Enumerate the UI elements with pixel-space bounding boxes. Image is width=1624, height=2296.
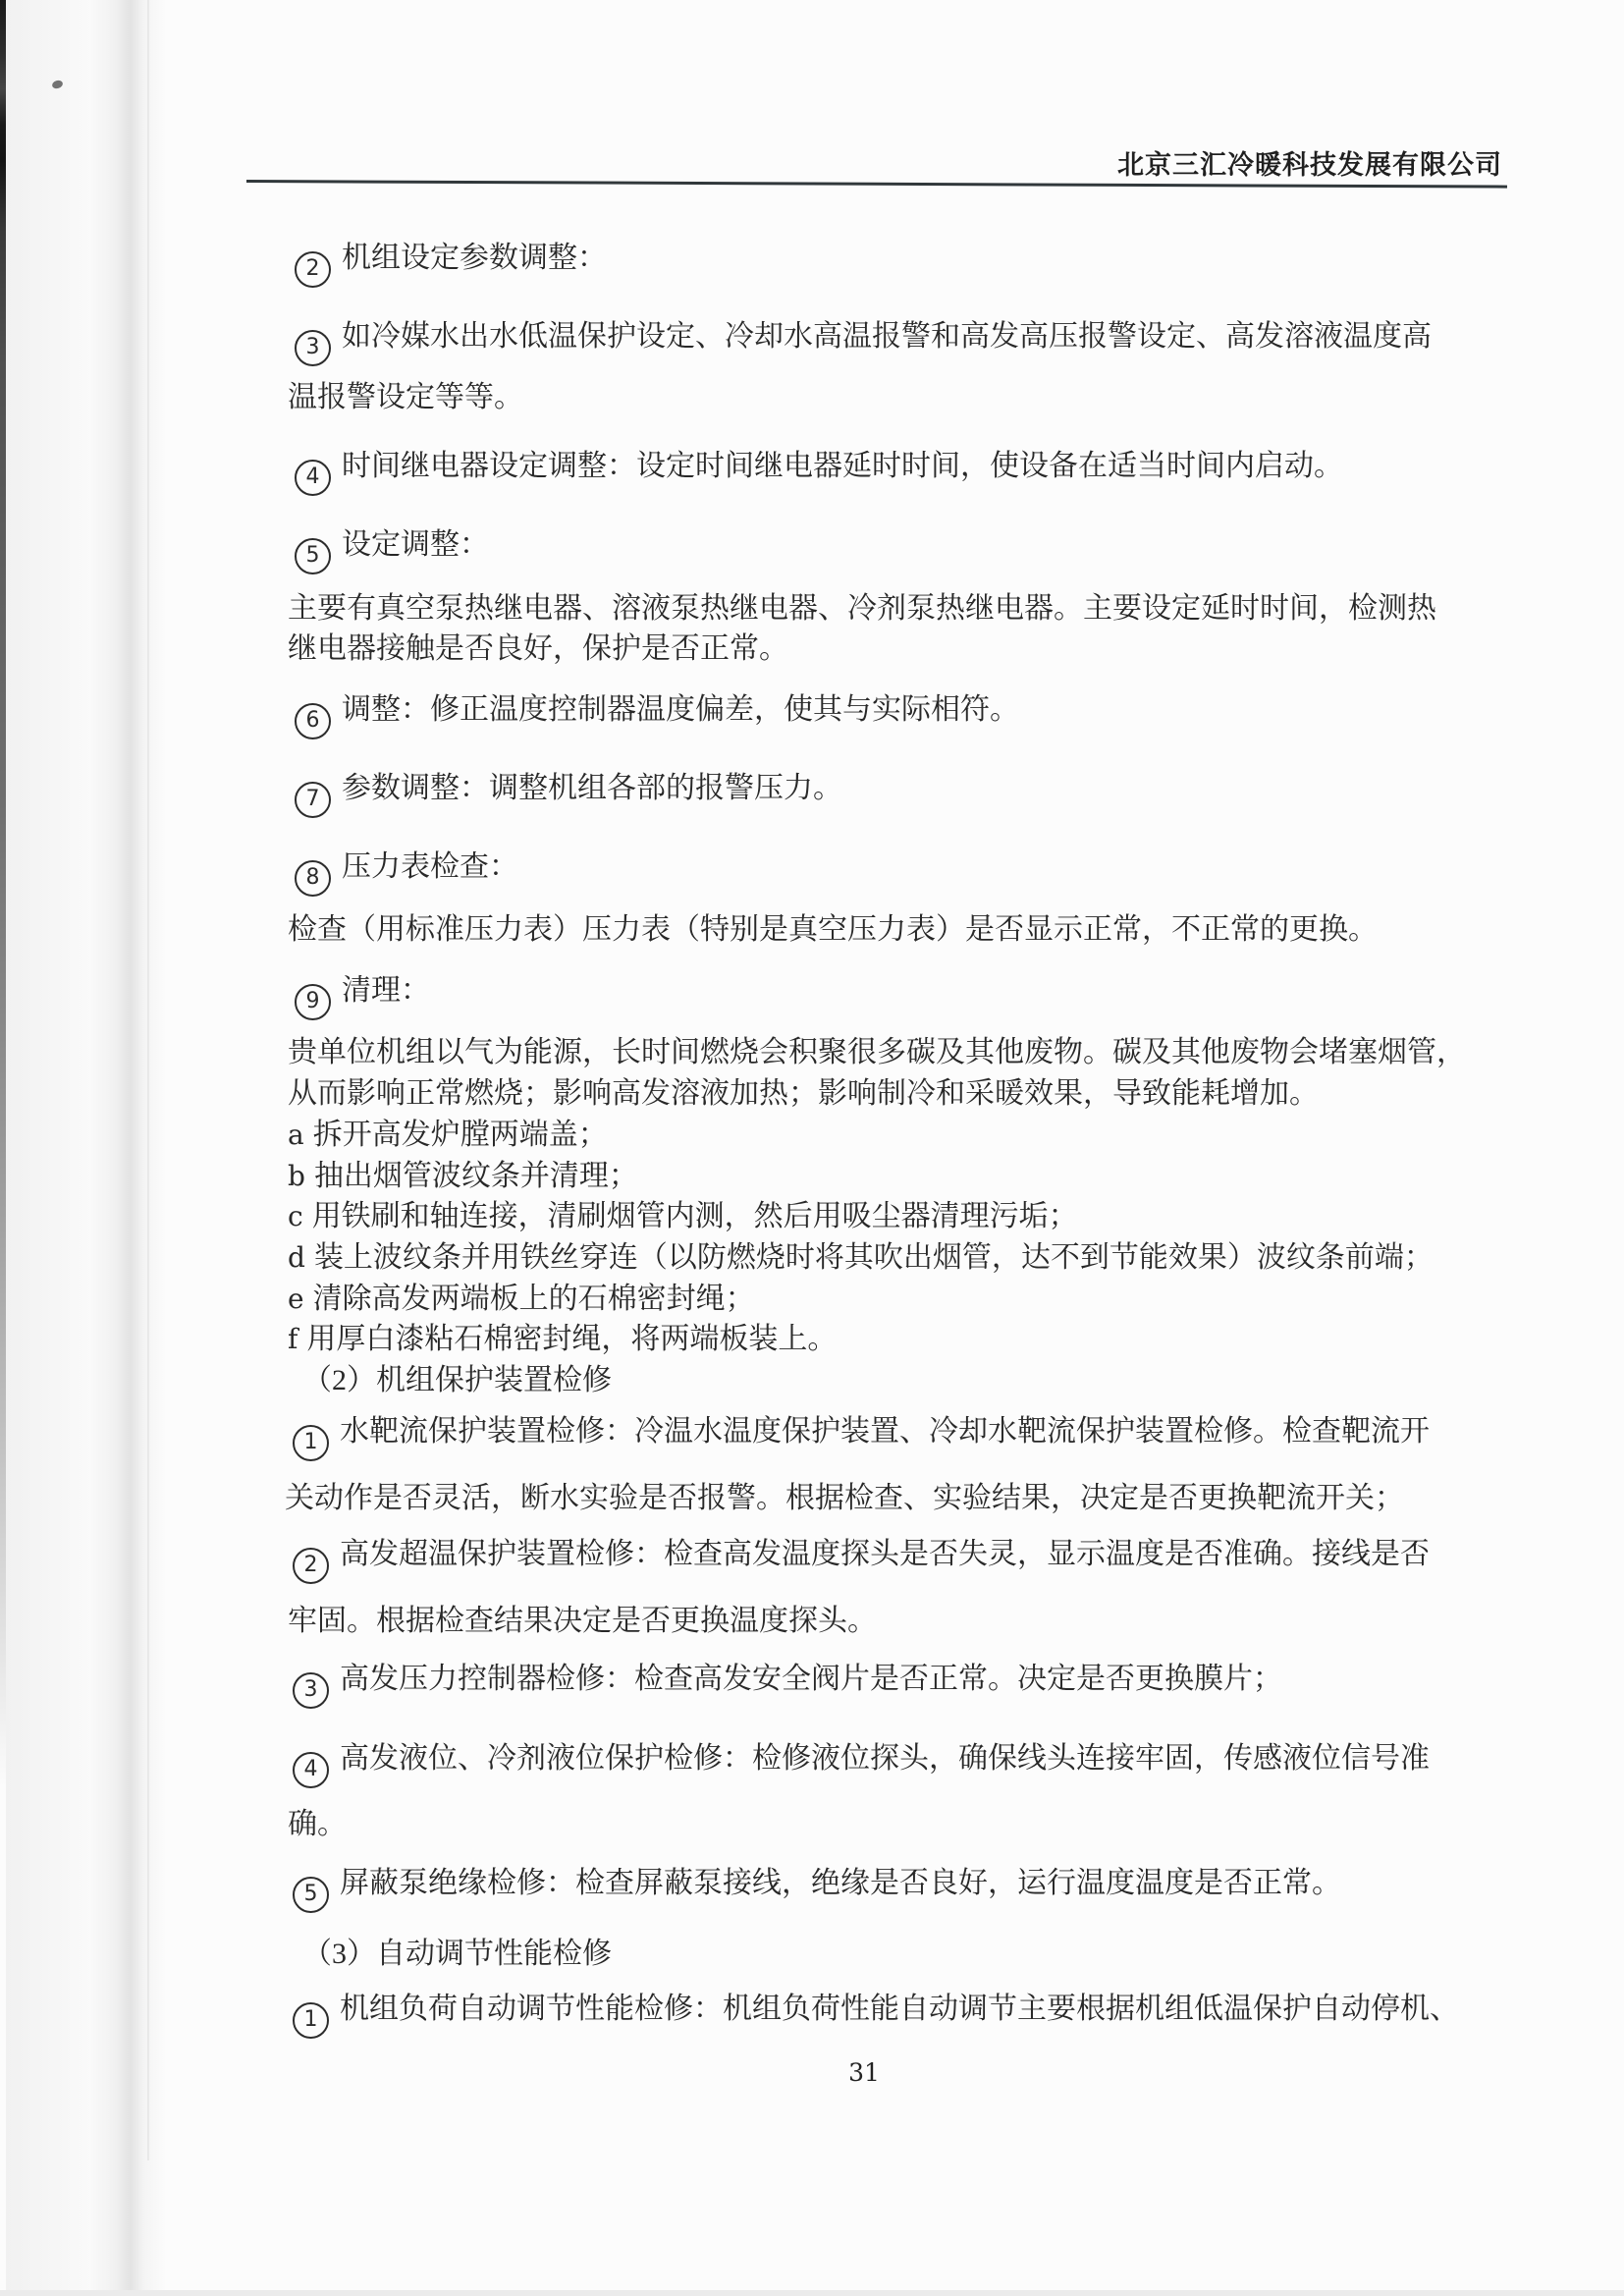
item-text: 高发液位、冷剂液位保护检修：检修液位探头，确保线头连接牢固，传感液位信号准: [340, 1742, 1430, 1775]
step-text: 抽出烟管波纹条并清理；: [314, 1160, 638, 1192]
item-text: 检查（用标准压力表）压力表（特别是真空压力表）是否显示正常，不正常的更换。: [288, 913, 1378, 946]
page-fold-shadow: [90, 0, 167, 2296]
circled-number: 7: [295, 782, 331, 818]
item-line-continuation: 确。: [288, 1805, 347, 1844]
item-text: 高发超温保护装置检修：检查高发温度探头是否失灵，显示温度是否准确。接线是否: [340, 1538, 1430, 1570]
item-text: 如冷媒水出水低温保护设定、冷却水高温报警和高发高压报警设定、高发溶液温度高: [342, 320, 1432, 353]
circled-number: 2: [295, 251, 331, 288]
circled-number: 1: [293, 1425, 329, 1461]
step-letter: e: [288, 1283, 304, 1315]
section-title: （3）自动调节性能检修: [302, 1935, 612, 1974]
item-line: 8压力表检查：: [295, 847, 518, 887]
item-line: 3如冷媒水出水低温保护设定、冷却水高温报警和高发高压报警设定、高发溶液温度高: [295, 317, 1432, 356]
item-line-continuation: 从而影响正常燃烧；影响高发溶液加热；影响制冷和采暖效果，导致能耗增加。: [288, 1074, 1319, 1114]
circled-number: 4: [293, 1752, 329, 1788]
item-line-continuation: 继电器接触是否良好，保护是否正常。: [288, 629, 788, 669]
item-text: 屏蔽泵绝缘检修：检查屏蔽泵接线，绝缘是否良好，运行温度温度是否正常。: [340, 1867, 1341, 1899]
cleaning-step: a拆开高发炉膛两端盖；: [288, 1116, 608, 1155]
item-text: 温报警设定等等。: [288, 381, 523, 413]
circled-number: 1: [293, 2002, 329, 2039]
item-line-continuation: 贵单位机组以气为能源，长时间燃烧会积聚很多碳及其他废物。碳及其他废物会堵塞烟管，: [288, 1033, 1466, 1072]
circled-number: 6: [295, 703, 331, 739]
circled-number: 4: [295, 460, 331, 496]
item-text: 主要有真空泵热继电器、溶液泵热继电器、冷剂泵热继电器。主要设定延时时间，检测热: [288, 592, 1436, 625]
item-line: 1机组负荷自动调节性能检修：机组负荷性能自动调节主要根据机组低温保护自动停机、: [293, 1990, 1459, 2029]
item-text: 设定调整：: [342, 528, 489, 561]
step-text: 拆开高发炉膛两端盖；: [313, 1119, 608, 1151]
item-text: 确。: [288, 1808, 347, 1840]
step-text: 清除高发两端板上的石棉密封绳；: [313, 1283, 755, 1315]
cleaning-step: f用厚白漆粘石棉密封绳，将两端板装上。: [288, 1320, 837, 1359]
step-letter: f: [288, 1323, 298, 1355]
header-company-name: 北京三汇冷暖科技发展有限公司: [1117, 143, 1502, 182]
section-title-text: （3）自动调节性能检修: [302, 1938, 612, 1970]
page-margin-shading: [6, 0, 104, 2296]
circled-number: 9: [295, 984, 331, 1020]
step-text: 用铁刷和轴连接，清刷烟管内测，然后用吸尘器清理污垢；: [312, 1200, 1078, 1232]
item-line: 5设定调整：: [295, 525, 489, 565]
circled-number: 2: [293, 1548, 329, 1584]
circled-number: 5: [293, 1877, 329, 1913]
item-line-continuation: 检查（用标准压力表）压力表（特别是真空压力表）是否显示正常，不正常的更换。: [288, 910, 1378, 950]
item-line: 5屏蔽泵绝缘检修：检查屏蔽泵接线，绝缘是否良好，运行温度温度是否正常。: [293, 1864, 1341, 1903]
cleaning-step: c用铁刷和轴连接，清刷烟管内测，然后用吸尘器清理污垢；: [288, 1197, 1078, 1236]
item-text: 机组负荷自动调节性能检修：机组负荷性能自动调节主要根据机组低温保护自动停机、: [340, 1993, 1459, 2025]
section-title: （2）机组保护装置检修: [302, 1361, 612, 1400]
step-text: 装上波纹条并用铁丝穿连（以防燃烧时将其吹出烟管，达不到节能效果）波纹条前端；: [314, 1241, 1434, 1274]
item-line: 7参数调整：调整机组各部的报警压力。: [295, 769, 842, 808]
item-line: 3高发压力控制器检修：检查高发安全阀片是否正常。决定是否更换膜片；: [293, 1660, 1282, 1699]
circled-number: 3: [295, 330, 331, 366]
item-line: 9清理：: [295, 971, 430, 1011]
item-line-continuation: 关动作是否灵活，断水实验是否报警。根据检查、实验结果，决定是否更换靶流开关；: [285, 1479, 1404, 1518]
item-text: 水靶流保护装置检修：冷温水温度保护装置、冷却水靶流保护装置检修。检查靶流开: [340, 1415, 1430, 1448]
item-text: 时间继电器设定调整：设定时间继电器延时时间，使设备在适当时间内启动。: [342, 450, 1343, 482]
item-text: 高发压力控制器检修：检查高发安全阀片是否正常。决定是否更换膜片；: [340, 1663, 1282, 1695]
step-letter: c: [288, 1200, 303, 1232]
scanned-document-page: 北京三汇冷暖科技发展有限公司 2机组设定参数调整： 3如冷媒水出水低温保护设定、…: [0, 0, 1624, 2296]
item-text: 清理：: [342, 974, 430, 1007]
item-line-continuation: 牢固。根据检查结果决定是否更换温度探头。: [288, 1602, 877, 1641]
section-title-text: （2）机组保护装置检修: [302, 1364, 612, 1396]
page-number: 31: [820, 2058, 908, 2087]
circled-number: 3: [293, 1672, 329, 1709]
item-text: 参数调整：调整机组各部的报警压力。: [342, 772, 842, 804]
item-text: 压力表检查：: [342, 850, 518, 883]
item-text: 牢固。根据检查结果决定是否更换温度探头。: [288, 1605, 877, 1637]
step-letter: b: [288, 1160, 305, 1192]
step-letter: d: [288, 1241, 305, 1274]
cleaning-step: d装上波纹条并用铁丝穿连（以防燃烧时将其吹出烟管，达不到节能效果）波纹条前端；: [288, 1238, 1434, 1278]
item-line: 6调整：修正温度控制器温度偏差，使其与实际相符。: [295, 690, 1019, 730]
item-text: 继电器接触是否良好，保护是否正常。: [288, 632, 788, 665]
item-line: 2高发超温保护装置检修：检查高发温度探头是否失灵，显示温度是否准确。接线是否: [293, 1535, 1430, 1574]
step-letter: a: [288, 1119, 304, 1151]
item-line: 4高发液位、冷剂液位保护检修：检修液位探头，确保线头连接牢固，传感液位信号准: [293, 1739, 1430, 1778]
circled-number: 8: [295, 860, 331, 897]
item-text: 关动作是否灵活，断水实验是否报警。根据检查、实验结果，决定是否更换靶流开关；: [285, 1482, 1404, 1514]
cleaning-step: b抽出烟管波纹条并清理；: [288, 1157, 638, 1196]
page-fold-line: [147, 0, 149, 2160]
item-line: 2机组设定参数调整：: [295, 239, 607, 278]
item-line-continuation: 主要有真空泵热继电器、溶液泵热继电器、冷剂泵热继电器。主要设定延时时间，检测热: [288, 589, 1436, 629]
item-text: 调整：修正温度控制器温度偏差，使其与实际相符。: [342, 693, 1019, 726]
item-text: 从而影响正常燃烧；影响高发溶液加热；影响制冷和采暖效果，导致能耗增加。: [288, 1077, 1319, 1110]
item-text: 贵单位机组以气为能源，长时间燃烧会积聚很多碳及其他废物。碳及其他废物会堵塞烟管，: [288, 1036, 1466, 1068]
item-line: 4时间继电器设定调整：设定时间继电器延时时间，使设备在适当时间内启动。: [295, 447, 1343, 486]
item-text: 机组设定参数调整：: [342, 242, 607, 274]
cleaning-step: e清除高发两端板上的石棉密封绳；: [288, 1280, 755, 1319]
step-text: 用厚白漆粘石棉密封绳，将两端板装上。: [306, 1323, 837, 1355]
item-line: 1水靶流保护装置检修：冷温水温度保护装置、冷却水靶流保护装置检修。检查靶流开: [293, 1412, 1430, 1451]
circled-number: 5: [295, 538, 331, 574]
item-line-continuation: 温报警设定等等。: [288, 378, 523, 417]
scan-bottom-edge: [0, 2290, 1624, 2296]
